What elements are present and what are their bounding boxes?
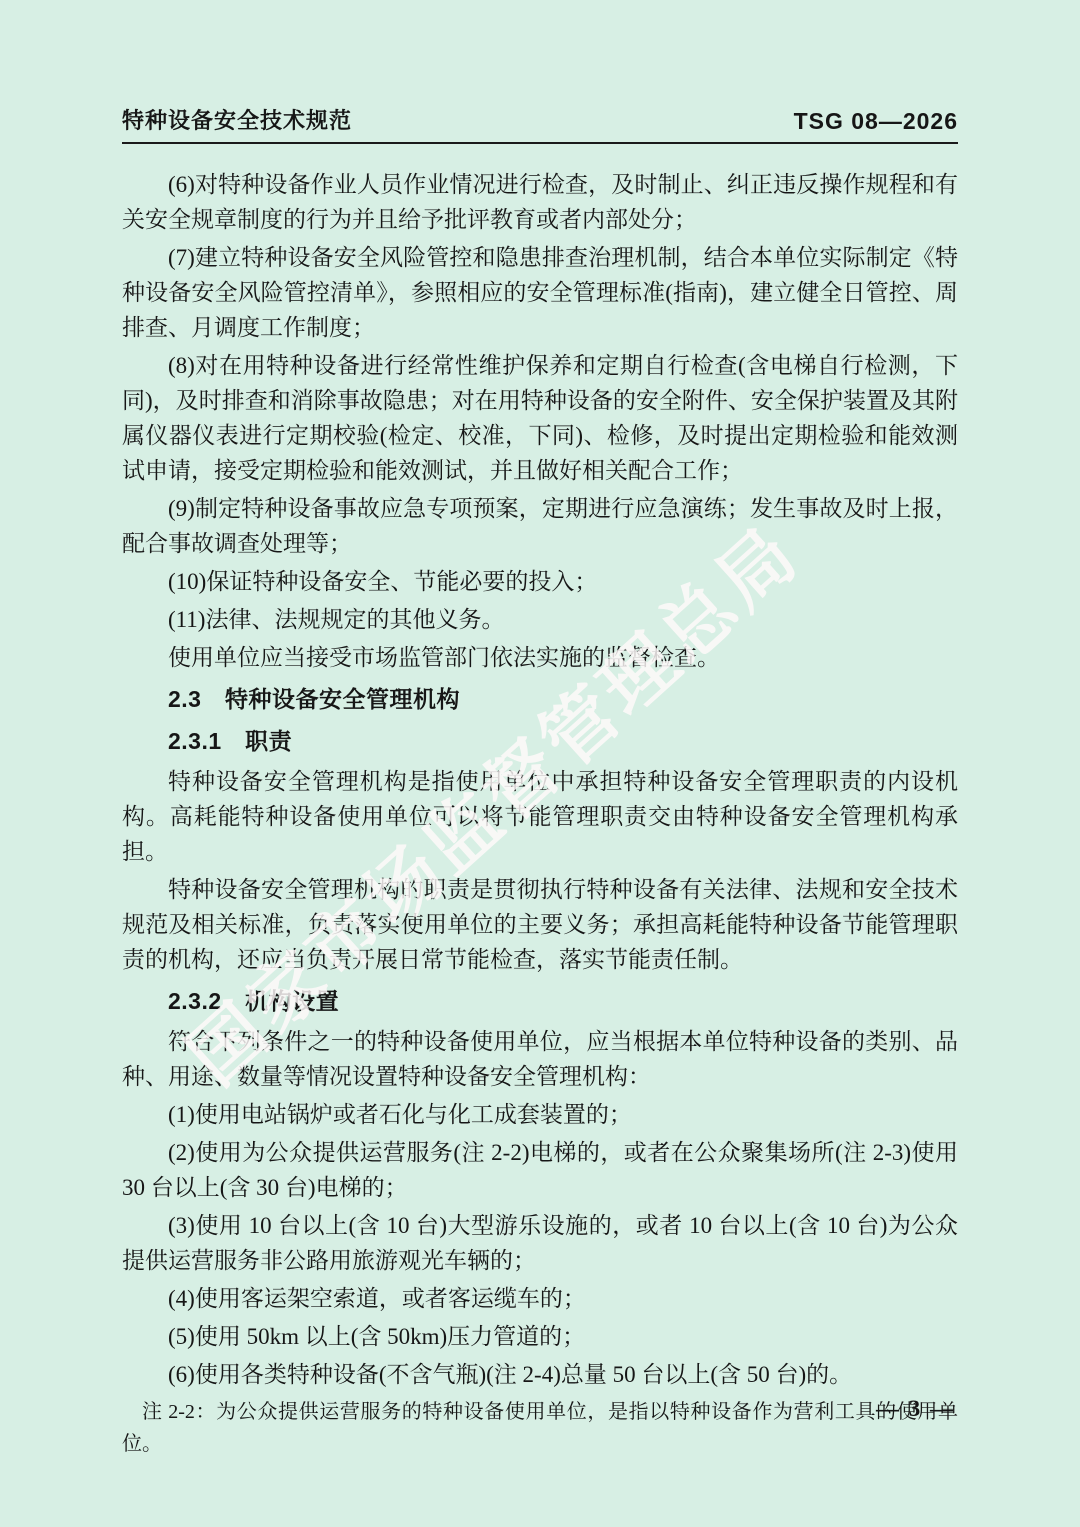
document-title: 特种设备安全技术规范 <box>122 104 352 135</box>
list-item-1: (1)使用电站锅炉或者石化与化工成套装置的； <box>122 1097 958 1132</box>
section-heading-2-3-2: 2.3.2 机构设置 <box>122 984 958 1019</box>
document-number: TSG 08—2026 <box>794 108 958 135</box>
document-body: (6)对特种设备作业人员作业情况进行检查，及时制止、纠正违反操作规程和有关安全规… <box>122 167 958 1460</box>
body-paragraph: 使用单位应当接受市场监管部门依法实施的监督检查。 <box>122 640 958 675</box>
document-page: 国家市场监督管理总局 特种设备安全技术规范 TSG 08—2026 (6)对特种… <box>0 0 1080 1527</box>
item-paragraph-7: (7)建立特种设备安全风险管控和隐患排查治理机制，结合本单位实际制定《特种设备安… <box>122 240 958 345</box>
page-number: — 3 — <box>876 1396 955 1422</box>
item-paragraph-9: (9)制定特种设备事故应急专项预案，定期进行应急演练；发生事故及时上报，配合事故… <box>122 491 958 561</box>
page-content: 特种设备安全技术规范 TSG 08—2026 (6)对特种设备作业人员作业情况进… <box>122 104 958 1463</box>
item-paragraph-8: (8)对在用特种设备进行经常性维护保养和定期自行检查(含电梯自行检测，下同)，及… <box>122 348 958 488</box>
list-item-3: (3)使用 10 台以上(含 10 台)大型游乐设施的，或者 10 台以上(含 … <box>122 1208 958 1278</box>
body-paragraph: 符合下列条件之一的特种设备使用单位，应当根据本单位特种设备的类别、品种、用途、数… <box>122 1024 958 1094</box>
body-paragraph: 特种设备安全管理机构是指使用单位中承担特种设备安全管理职责的内设机构。高耗能特种… <box>122 764 958 869</box>
list-item-6: (6)使用各类特种设备(不含气瓶)(注 2-4)总量 50 台以上(含 50 台… <box>122 1357 958 1392</box>
section-heading-2-3-1: 2.3.1 职责 <box>122 724 958 759</box>
section-heading-2-3: 2.3 特种设备安全管理机构 <box>122 682 958 717</box>
list-item-5: (5)使用 50km 以上(含 50km)压力管道的； <box>122 1319 958 1354</box>
item-paragraph-6: (6)对特种设备作业人员作业情况进行检查，及时制止、纠正违反操作规程和有关安全规… <box>122 167 958 237</box>
item-paragraph-10: (10)保证特种设备安全、节能必要的投入； <box>122 564 958 599</box>
item-paragraph-11: (11)法律、法规规定的其他义务。 <box>122 602 958 637</box>
list-item-2: (2)使用为公众提供运营服务(注 2-2)电梯的，或者在公众聚集场所(注 2-3… <box>122 1135 958 1205</box>
body-paragraph: 特种设备安全管理机构的职责是贯彻执行特种设备有关法律、法规和安全技术规范及相关标… <box>122 872 958 977</box>
footnote-2-2: 注 2-2：为公众提供运营服务的特种设备使用单位，是指以特种设备作为营利工具的使… <box>122 1396 958 1460</box>
list-item-4: (4)使用客运架空索道，或者客运缆车的； <box>122 1281 958 1316</box>
page-header: 特种设备安全技术规范 TSG 08—2026 <box>122 104 958 144</box>
